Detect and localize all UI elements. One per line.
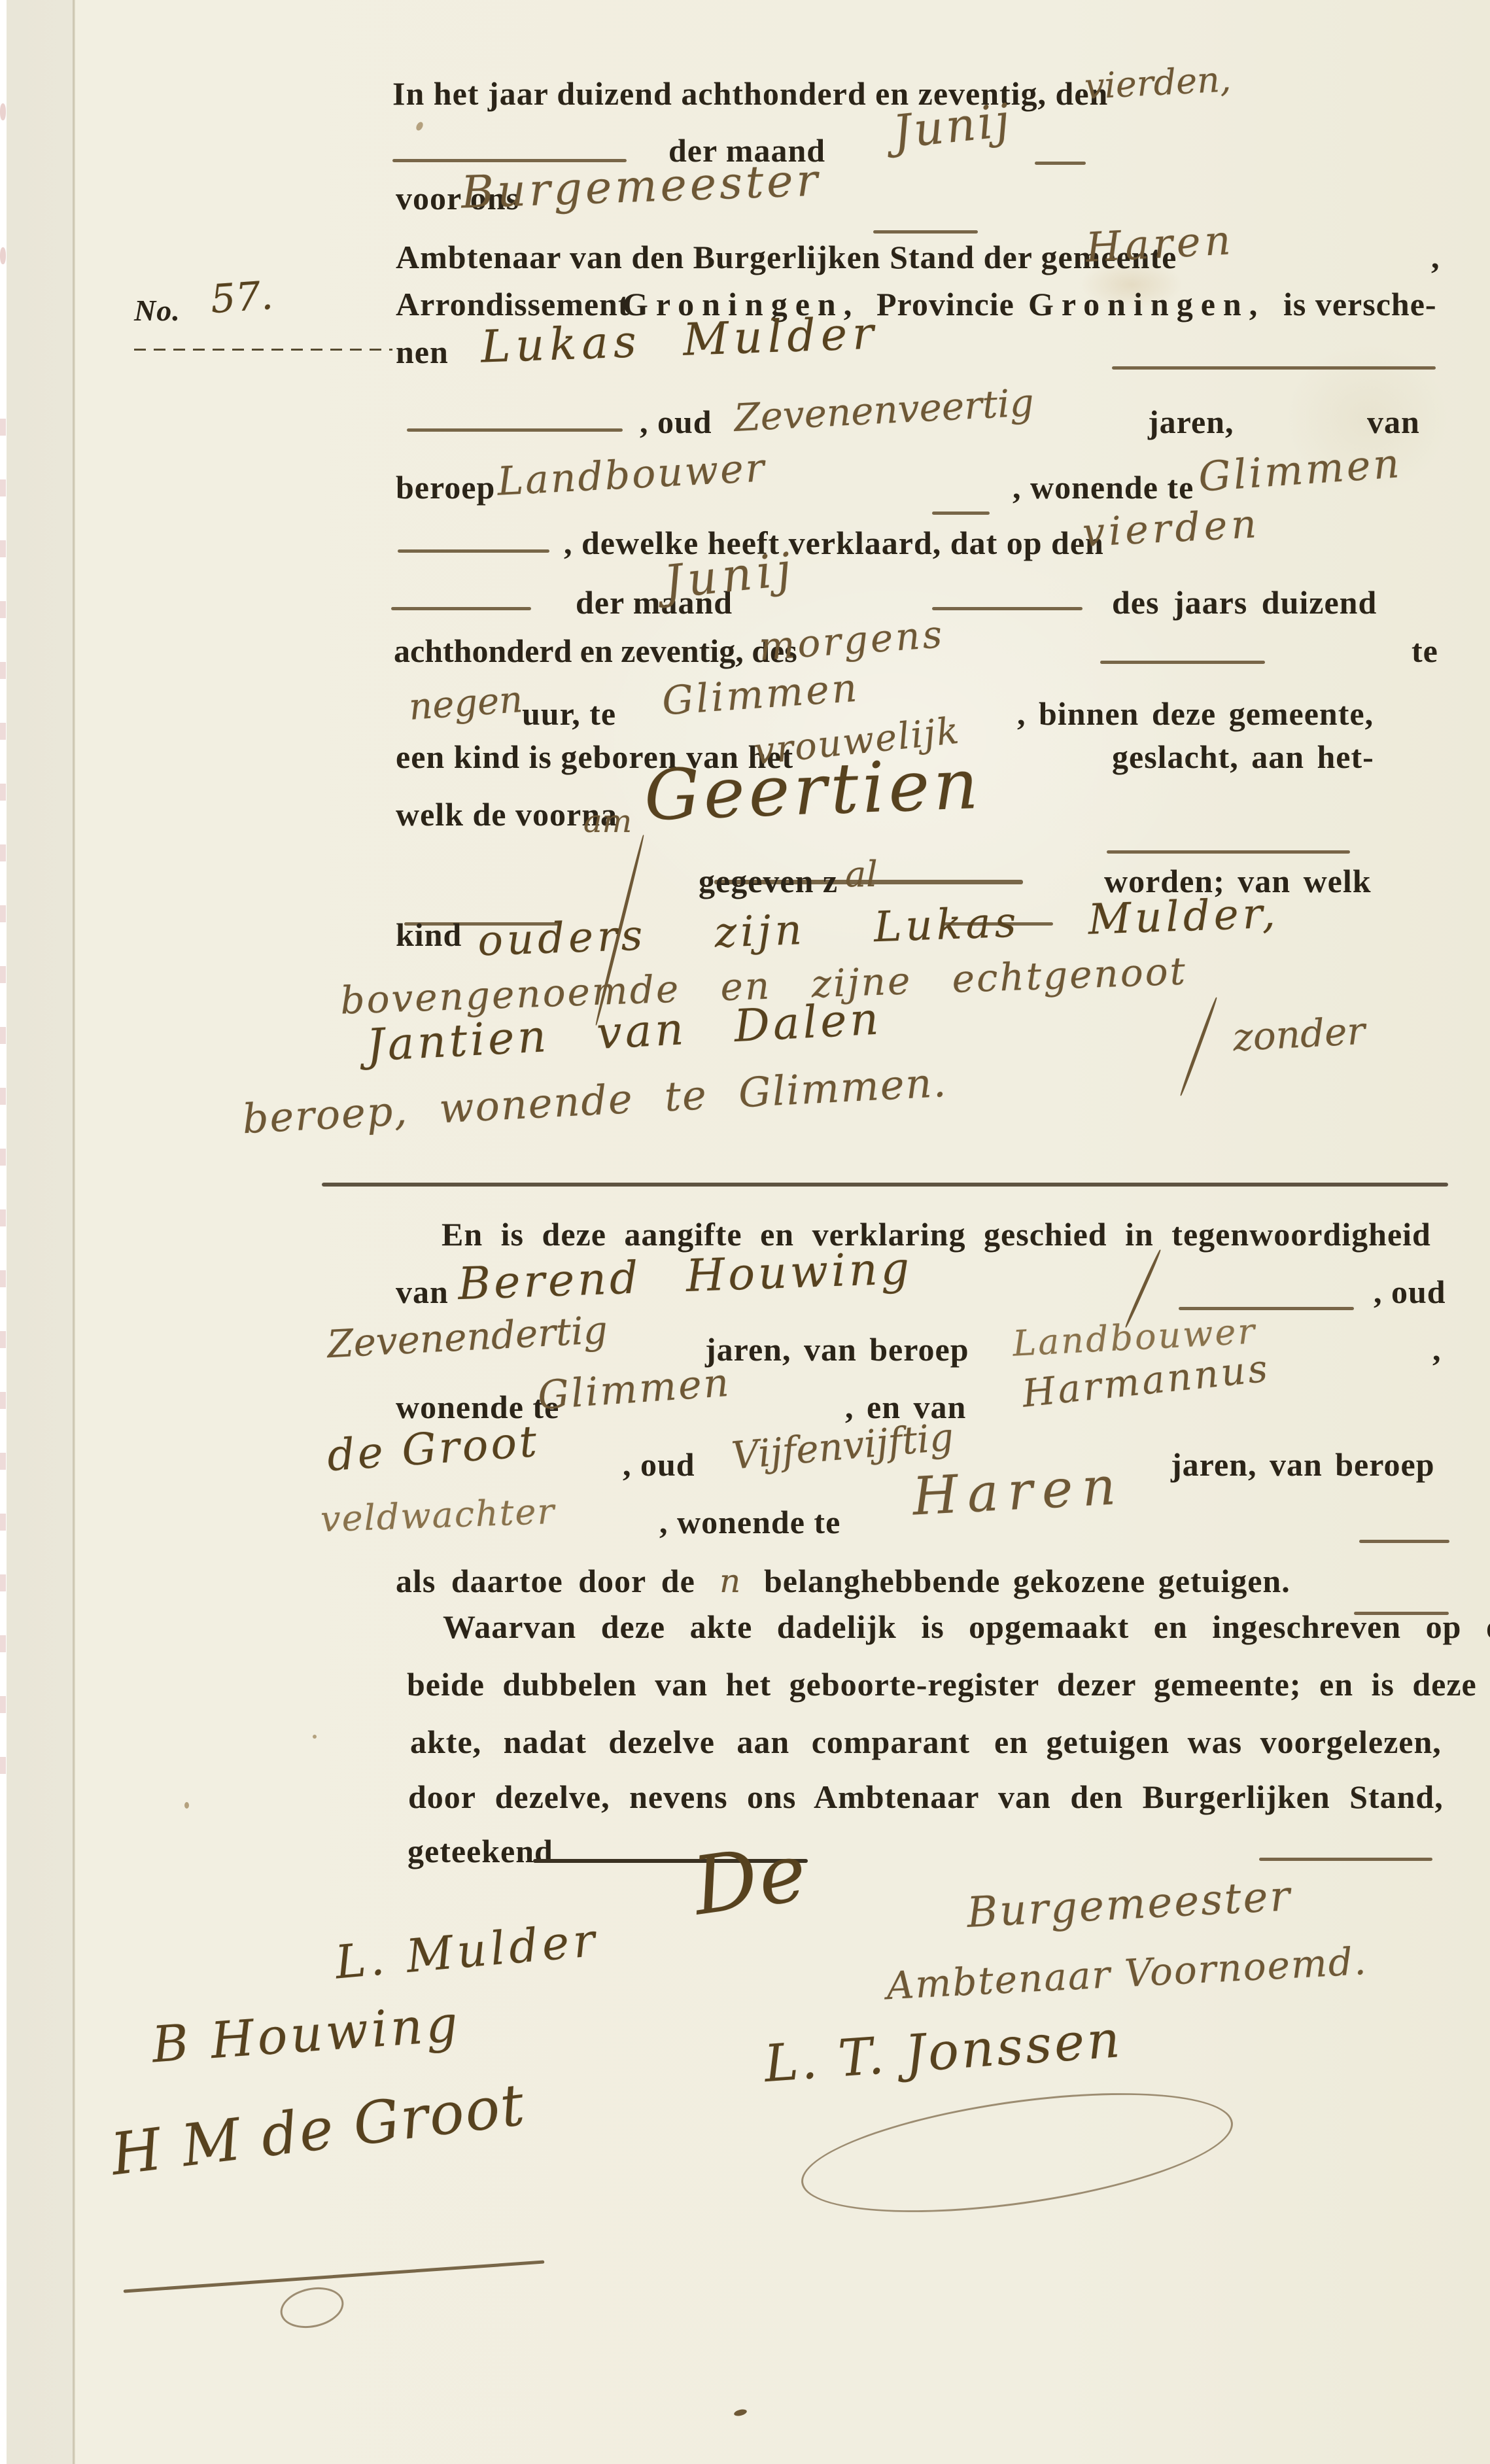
signature-official: L. T. Jonssen xyxy=(763,2014,1124,2090)
form-text-kind: kind xyxy=(396,918,462,951)
witness2-occupation-hw: veldwachter xyxy=(320,1494,556,1538)
pen-flourish-stroke xyxy=(1179,997,1218,1096)
form-text-jaren-beroep2: jaren, van beroep xyxy=(1171,1448,1435,1481)
closing-line-2: beide dubbelen van het geboorte-register… xyxy=(407,1668,1477,1701)
form-text-arrondissement: Arrondissement xyxy=(396,288,630,321)
form-text-province: Provincie xyxy=(876,288,1014,321)
entry-plural-n-hw: n xyxy=(719,1565,740,1597)
form-text-1870-des: achthonderd en zeventig, des xyxy=(394,634,797,667)
ink-rule xyxy=(392,159,627,162)
official-title-prefix-hw: De xyxy=(688,1831,812,1926)
page-edge-bleedthrough-mark xyxy=(0,103,6,120)
form-text-oud: , oud xyxy=(640,406,712,438)
entry-birth-month-hw: Junij xyxy=(662,546,799,606)
ink-rule xyxy=(1359,1540,1449,1543)
signature-declarant: L. Mulder xyxy=(334,1917,600,1986)
entry-month-hw: Junij xyxy=(891,97,1014,156)
form-text-witnesses-chosen-a: als daartoe door de xyxy=(396,1565,695,1597)
closing-line-4: door dezelve, nevens ons Ambtenaar van d… xyxy=(408,1780,1444,1813)
form-text-beroep: beroep xyxy=(396,471,495,504)
ink-rule xyxy=(932,512,990,515)
ink-rule xyxy=(873,230,978,234)
entry-municipality-hw: Haren xyxy=(1085,220,1236,268)
ink-speck xyxy=(313,1735,317,1739)
witness2-residence-hw: Haren xyxy=(911,1460,1126,1523)
ink-rule xyxy=(1035,162,1086,165)
form-text-geslacht: geslacht, aan het- xyxy=(1112,740,1374,773)
entry-birth-day-hw: vierden xyxy=(1082,504,1262,553)
entry-day-hw: vierden, xyxy=(1084,61,1232,105)
page-edge-bleedthrough xyxy=(0,419,6,1799)
form-text-appeared: is versche- xyxy=(1283,288,1437,321)
form-text-comma: , xyxy=(1431,241,1440,273)
entry-official-title-hw: Burgemeester xyxy=(460,158,822,215)
ink-rule xyxy=(1100,661,1265,664)
entry-declarant-age-hw: Zevenenveertig xyxy=(733,383,1035,437)
witness2-lastname-hw: de Groot xyxy=(326,1420,540,1478)
entry-birth-place-hw: Glimmen xyxy=(661,668,861,721)
ink-rule xyxy=(1107,850,1350,854)
form-text-nen: nen xyxy=(396,336,449,368)
form-text-year-b: des jaars duizend xyxy=(1112,586,1377,619)
margin-dashed-rule xyxy=(134,349,392,351)
entry-voornaam-suffix-hw: am xyxy=(583,806,632,837)
form-text-van2: van xyxy=(396,1275,449,1308)
birth-certificate-scan: No. 57. In het jaar duizend achthonderd … xyxy=(0,0,1490,2464)
ink-rule xyxy=(1112,366,1436,370)
ink-rule xyxy=(1259,1858,1432,1861)
form-text-comma2: , xyxy=(1432,1333,1442,1366)
form-text-geteekend: geteekend xyxy=(407,1835,553,1867)
act-number-value: 57. xyxy=(209,276,274,320)
signature-flourish-loop xyxy=(277,2282,347,2333)
signature-witness2: H M de Groot xyxy=(108,2076,528,2184)
form-text-gegeven: gegeven z xyxy=(699,865,838,897)
form-text-oud3: , oud xyxy=(623,1448,695,1481)
section-divider-rule xyxy=(322,1183,1448,1187)
form-text-witness-intro: En is deze aangifte en verklaring geschi… xyxy=(442,1218,1431,1251)
ink-rule xyxy=(1179,1307,1354,1310)
form-text-oud2: , oud xyxy=(1374,1275,1446,1308)
ink-speck xyxy=(415,121,424,132)
witness1-name-hw: Berend Houwing xyxy=(457,1247,913,1307)
form-text-within-municipality: , binnen deze gemeente, xyxy=(1017,697,1374,730)
form-text-jaren-beroep: jaren, van beroep xyxy=(705,1333,969,1366)
ink-rule xyxy=(391,607,531,610)
ink-rule xyxy=(398,549,549,553)
form-text-prov-groningen: Groningen, xyxy=(1028,288,1265,321)
witness1-residence-hw: Glimmen xyxy=(536,1363,732,1415)
entry-zal-hw: al xyxy=(845,857,877,892)
form-text-wonende-te3: , wonende te xyxy=(659,1506,840,1538)
form-text-registrar: Ambtenaar van den Burgerlijken Stand der… xyxy=(396,241,1177,273)
signature-underline-swash xyxy=(124,2261,545,2293)
form-text-te: te xyxy=(1412,634,1438,667)
stray-ink-mark xyxy=(733,2408,748,2418)
closing-line-3b: en getuigen was voorgelezen, xyxy=(994,1726,1442,1758)
form-text-uur-te: uur, te xyxy=(522,697,616,730)
entry-declarant-residence-hw: Glimmen xyxy=(1197,443,1403,498)
closing-line-1: Waarvan deze akte dadelijk is opgemaakt … xyxy=(443,1610,1490,1643)
entry-child-name-hw: Geertien xyxy=(643,750,983,831)
entry-birth-daypart-hw: morgens xyxy=(757,615,946,666)
official-title-hw: Burgemeester xyxy=(966,1875,1293,1934)
form-text-witnesses-chosen-b: belanghebbende gekozene getuigen. xyxy=(764,1565,1291,1597)
entry-mother-residence-hw: beroep, wonende te Glimmen. xyxy=(241,1062,948,1139)
form-text-jaren: jaren, xyxy=(1148,406,1234,438)
entry-mother-occupation-a-hw: zonder xyxy=(1232,1012,1366,1056)
ink-rule xyxy=(932,607,1083,610)
witness1-age-hw: Zevenendertig xyxy=(326,1311,608,1363)
entry-birth-hour-hw: negen xyxy=(407,682,524,726)
form-text-declared: , dewelke heeft verklaard, dat op den xyxy=(564,527,1104,559)
form-text-van: van xyxy=(1367,406,1420,438)
signature-flourish-loop xyxy=(794,2071,1240,2234)
ink-rule xyxy=(407,428,623,432)
page-edge-bleedthrough-mark xyxy=(0,247,6,264)
act-number-label: No. xyxy=(134,296,181,326)
signature-witness1: B Houwing xyxy=(150,1999,462,2070)
official-role-hw: Ambtenaar Voornoemd. xyxy=(886,1942,1368,2005)
entry-declarant-name-hw: Lukas Mulder xyxy=(480,311,880,370)
entry-declarant-occupation-hw: Landbouwer xyxy=(496,448,767,501)
closing-line-3a: akte, nadat dezelve aan comparant xyxy=(410,1726,970,1758)
ink-speck xyxy=(184,1802,189,1809)
form-text-wonende-te: , wonende te xyxy=(1013,471,1194,504)
